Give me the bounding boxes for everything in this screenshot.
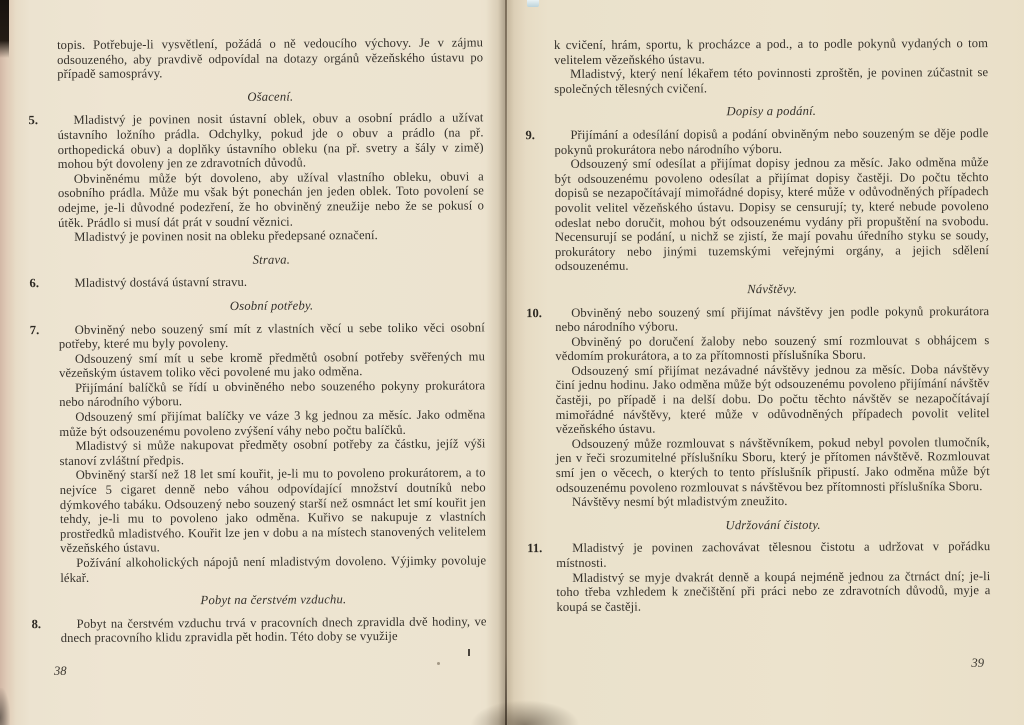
numbered-item: 9.Přijímání a odesílání dopisů a podání …	[554, 126, 989, 274]
section-heading: Strava.	[58, 251, 484, 268]
paragraph: Mladistvý, který není lékařem této povin…	[554, 65, 988, 96]
paragraph: Obviněný nebo souzený smí přijímat návšt…	[555, 304, 989, 335]
paragraph: Obviněný po doručení žaloby nebo souzený…	[555, 333, 989, 364]
numbered-item: 11.Mladistvý je povinen zachovávat těles…	[556, 540, 990, 615]
page-right: k cvičení, hrám, sportu, k procházce a p…	[508, 0, 1024, 725]
numbered-item: 10.Obviněný nebo souzený smí přijímat ná…	[555, 304, 990, 510]
scan-speck	[150, 622, 152, 624]
item-number: 9.	[525, 128, 551, 143]
section-heading: Dopisy a podání.	[554, 103, 988, 119]
numbered-item: 8.Pobyt na čerstvém vzduchu trvá v praco…	[61, 614, 487, 646]
gutter-crease-line	[505, 0, 507, 725]
paragraph: Odsouzený smí přijímat balíčky ve váze 3…	[59, 407, 485, 439]
paragraph: Návštěvy nesmí být mladistvým zneužito.	[556, 493, 990, 509]
section-heading: Udržování čistoty.	[556, 517, 990, 533]
scan-speck	[437, 662, 440, 665]
page-number-right: 39	[971, 656, 984, 671]
page-number-left: 38	[54, 664, 67, 679]
page-left: topis. Potřebuje-li vysvětlení, požádá o…	[0, 0, 508, 725]
scan-shadow-bottom-left	[0, 688, 10, 725]
paragraph: Mladistvý je povinen nosit na obleku pře…	[58, 228, 484, 245]
paragraph: Odsouzený smí mít u sebe kromě předmětů …	[59, 349, 485, 381]
continued-paragraph: k cvičení, hrám, sportu, k procházce a p…	[554, 36, 988, 67]
section-heading: Osobní potřeby.	[59, 297, 485, 314]
page-right-text: k cvičení, hrám, sportu, k procházce a p…	[554, 36, 991, 614]
paragraph: Požívání alkoholických nápojů není mladi…	[60, 553, 486, 585]
paragraph: Obviněný nebo souzený smí mít z vlastníc…	[59, 320, 485, 352]
book-scan: topis. Potřebuje-li vysvětlení, požádá o…	[0, 0, 1024, 725]
section-heading: Ošacení.	[57, 88, 483, 105]
paragraph: Mladistvý je povinen nosit ústavní oblek…	[57, 111, 483, 172]
scan-shadow-top-left	[0, 0, 9, 58]
paragraph: Odsouzený může rozmlouvat s návštěvníkem…	[556, 435, 990, 495]
paragraph: Přijímání balíčků se řídí u obviněného n…	[59, 378, 485, 410]
item-number: 7.	[30, 323, 56, 338]
numbered-item: 6.Mladistvý dostává ústavní stravu.	[58, 274, 484, 291]
paragraph: Odsouzený smí přijímat nezávadné návštěv…	[555, 362, 989, 437]
gutter-bottom-shadow	[470, 700, 580, 725]
paragraph: Mladistvý se myje dvakrát denně a koupá …	[556, 569, 990, 615]
section-heading: Pobyt na čerstvém vzduchu.	[60, 592, 486, 609]
item-number: 8.	[32, 617, 58, 632]
paragraph: Mladistvý je povinen zachovávat tělesnou…	[556, 540, 990, 571]
paragraph: Obviněný starší než 18 let smí kouřit, j…	[60, 466, 487, 556]
continued-paragraph: topis. Potřebuje-li vysvětlení, požádá o…	[57, 35, 483, 81]
numbered-item: 5.Mladistvý je povinen nosit ústavní obl…	[57, 111, 484, 245]
section-heading: Návštěvy.	[555, 281, 989, 297]
item-number: 11.	[527, 541, 553, 556]
page-left-text: topis. Potřebuje-li vysvětlení, požádá o…	[57, 35, 487, 646]
paragraph: Mladistvý si může nakupovat předměty oso…	[59, 437, 485, 469]
paragraph: Přijímání a odesílání dopisů a podání ob…	[554, 126, 988, 157]
item-number: 10.	[526, 306, 552, 321]
scan-artifact	[527, 0, 539, 7]
numbered-item: 7.Obviněný nebo souzený smí mít z vlastn…	[59, 320, 487, 585]
ink-mark	[468, 649, 470, 656]
stacked-page-edges	[0, 0, 16, 725]
paragraph: Obviněnému může být dovoleno, aby užíval…	[58, 169, 484, 230]
paragraph: Odsouzený smí odesílat a přijímat dopisy…	[555, 155, 990, 274]
paragraph: Mladistvý dostává ústavní stravu.	[58, 274, 484, 291]
item-number: 6.	[29, 276, 55, 291]
item-number: 5.	[28, 113, 54, 128]
paragraph: Pobyt na čerstvém vzduchu trvá v pracovn…	[61, 614, 487, 646]
